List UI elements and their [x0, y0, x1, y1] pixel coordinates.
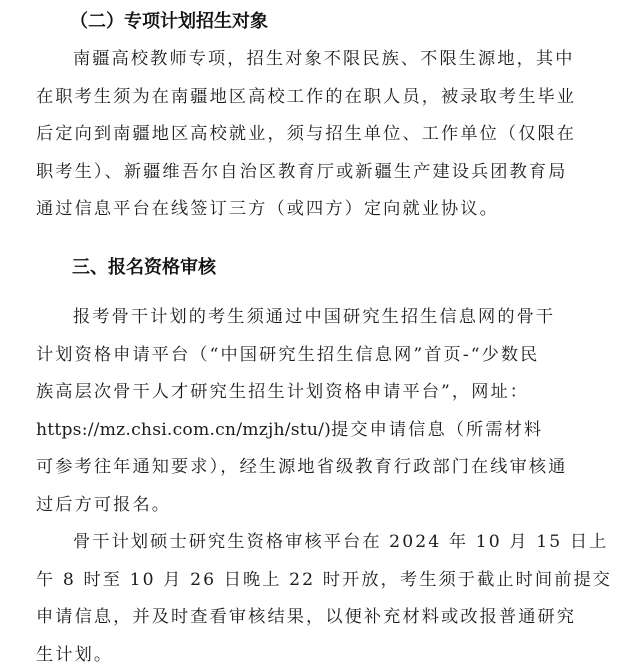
paragraph-line: 族高层次骨干人才研究生招生计划资格申请平台”，网址：	[36, 374, 592, 412]
section-3-heading: 三、报名资格审核	[72, 256, 216, 280]
paragraph-line: 计划资格申请平台（“中国研究生招生信息网”首页-“少数民	[36, 337, 592, 375]
paragraph-line: 后定向到南疆地区高校就业，须与招生单位、工作单位（仅限在	[36, 116, 592, 154]
document-page: （二）专项计划招生对象 南疆高校教师专项，招生对象不限民族、不限生源地，其中 在…	[0, 0, 628, 668]
section-3-paragraph-2: 骨干计划硕士研究生资格审核平台在 2024 年 10 月 15 日上 午 8 时…	[36, 524, 592, 668]
section-3-paragraph-1: 报考骨干计划的考生须通过中国研究生招生信息网的骨干 计划资格申请平台（“中国研究…	[36, 299, 592, 524]
paragraph-line-text: 提交申请信息（所需材料	[331, 420, 543, 440]
paragraph-line: 可参考往年通知要求），经生源地省级教育行政部门在线审核通	[36, 449, 592, 487]
paragraph-line: 午 8 时至 10 月 26 日晚上 22 时开放，考生须于截止时间前提交	[36, 562, 592, 600]
paragraph-line: 生计划。	[36, 637, 592, 668]
paragraph-line: 报考骨干计划的考生须通过中国研究生招生信息网的骨干	[36, 299, 592, 337]
paragraph-line: 申请信息，并及时查看审核结果，以便补充材料或改报普通研究	[36, 599, 592, 637]
paragraph-line: 过后方可报名。	[36, 487, 592, 525]
section-2-heading: （二）专项计划招生对象	[70, 10, 268, 34]
paragraph-line: 在职考生须为在南疆地区高校工作的在职人员，被录取考生毕业	[36, 79, 592, 117]
section-2-paragraph: 南疆高校教师专项，招生对象不限民族、不限生源地，其中 在职考生须为在南疆地区高校…	[36, 41, 592, 229]
paragraph-line: 通过信息平台在线签订三方（或四方）定向就业协议。	[36, 191, 592, 229]
paragraph-line: 南疆高校教师专项，招生对象不限民族、不限生源地，其中	[36, 41, 592, 79]
paragraph-line: 职考生）、新疆维吾尔自治区教育厅或新疆生产建设兵团教育局	[36, 154, 592, 192]
paragraph-line: 骨干计划硕士研究生资格审核平台在 2024 年 10 月 15 日上	[36, 524, 592, 562]
paragraph-line-with-url: https://mz.chsi.com.cn/mzjh/stu/)提交申请信息（…	[36, 412, 592, 450]
application-platform-url[interactable]: https://mz.chsi.com.cn/mzjh/stu/)	[36, 420, 331, 440]
